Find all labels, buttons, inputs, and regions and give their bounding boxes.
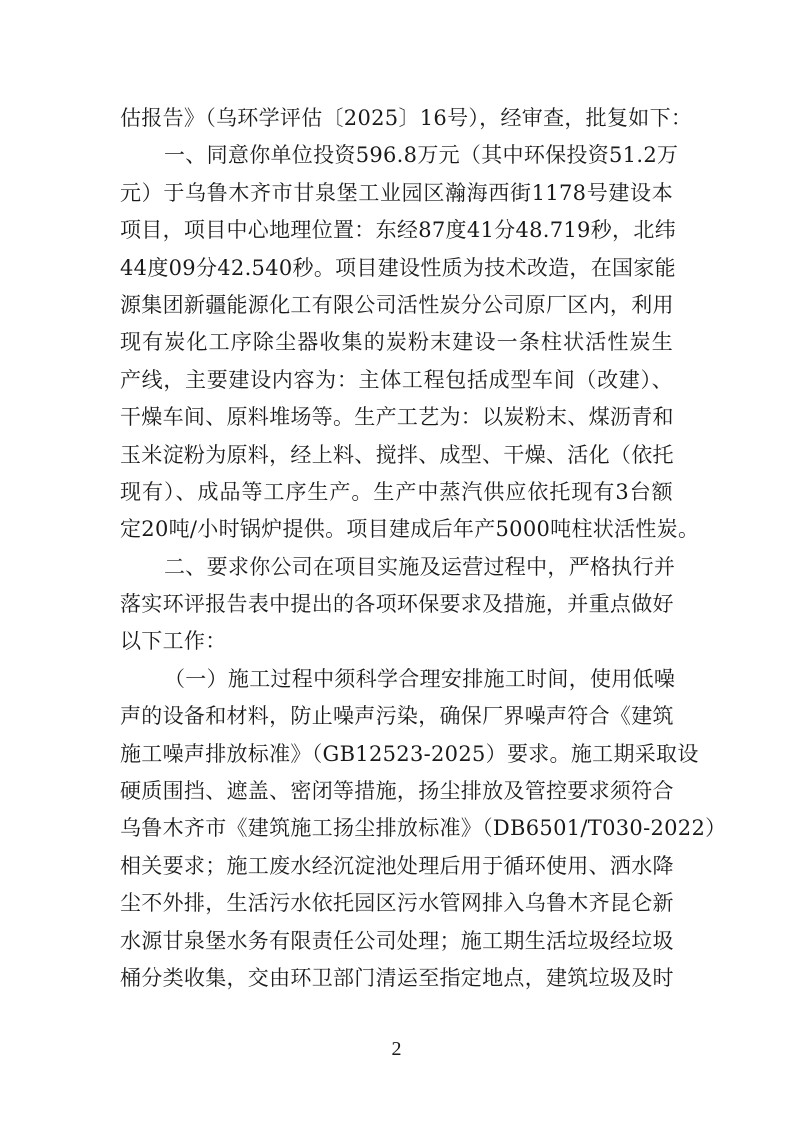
- text-line: 施工噪声排放标准》（GB12523-2025）要求。施工期采取设: [120, 736, 673, 773]
- text-line: 桶分类收集，交由环卫部门清运至指定地点，建筑垃圾及时: [120, 960, 673, 997]
- text-line: 源集团新疆能源化工有限公司活性炭分公司原厂区内，利用: [120, 287, 673, 324]
- text-line: 相关要求；施工废水经沉淀池处理后用于循环使用、洒水降: [120, 848, 673, 885]
- text-line: 水源甘泉堡水务有限责任公司处理；施工期生活垃圾经垃圾: [120, 923, 673, 960]
- paragraph-first-line: 二、要求你公司在项目实施及运营过程中，严格执行并: [120, 549, 673, 586]
- text-line: 项目，项目中心地理位置：东经87度41分48.719秒，北纬: [120, 212, 673, 249]
- text-line: 估报告》（乌环学评估〔2025〕16号），经审查，批复如下：: [120, 100, 673, 137]
- text-line: 定20吨/小时锅炉提供。项目建成后年产5000吨柱状活性炭。: [120, 511, 673, 548]
- text-line: 声的设备和材料，防止噪声污染，确保厂界噪声符合《建筑: [120, 698, 673, 735]
- text-line: 以下工作：: [120, 623, 673, 660]
- document-body: 估报告》（乌环学评估〔2025〕16号），经审查，批复如下：一、同意你单位投资5…: [120, 100, 673, 997]
- text-line: 现有）、成品等工序生产。生产中蒸汽供应依托现有3台额: [120, 474, 673, 511]
- text-line: 硬质围挡、遮盖、密闭等措施，扬尘排放及管控要求须符合: [120, 773, 673, 810]
- document-page: 估报告》（乌环学评估〔2025〕16号），经审查，批复如下：一、同意你单位投资5…: [0, 0, 793, 1122]
- text-line: 元）于乌鲁木齐市甘泉堡工业园区瀚海西街1178号建设本: [120, 175, 673, 212]
- text-line: 现有炭化工序除尘器收集的炭粉末建设一条柱状活性炭生: [120, 324, 673, 361]
- text-line: 干燥车间、原料堆场等。生产工艺为：以炭粉末、煤沥青和: [120, 399, 673, 436]
- text-line: 乌鲁木齐市《建筑施工扬尘排放标准》（DB6501/T030-2022）: [120, 810, 673, 847]
- text-line: 44度09分42.540秒。项目建设性质为技术改造，在国家能: [120, 250, 673, 287]
- text-line: 尘不外排，生活污水依托园区污水管网排入乌鲁木齐昆仑新: [120, 885, 673, 922]
- paragraph-first-line: （一）施工过程中须科学合理安排施工时间，使用低噪: [120, 661, 673, 698]
- text-line: 玉米淀粉为原料，经上料、搅拌、成型、干燥、活化（依托: [120, 437, 673, 474]
- text-line: 落实环评报告表中提出的各项环保要求及措施，并重点做好: [120, 586, 673, 623]
- paragraph-first-line: 一、同意你单位投资596.8万元（其中环保投资51.2万: [120, 137, 673, 174]
- page-number: 2: [0, 1038, 793, 1061]
- text-line: 产线，主要建设内容为：主体工程包括成型车间（改建）、: [120, 362, 673, 399]
